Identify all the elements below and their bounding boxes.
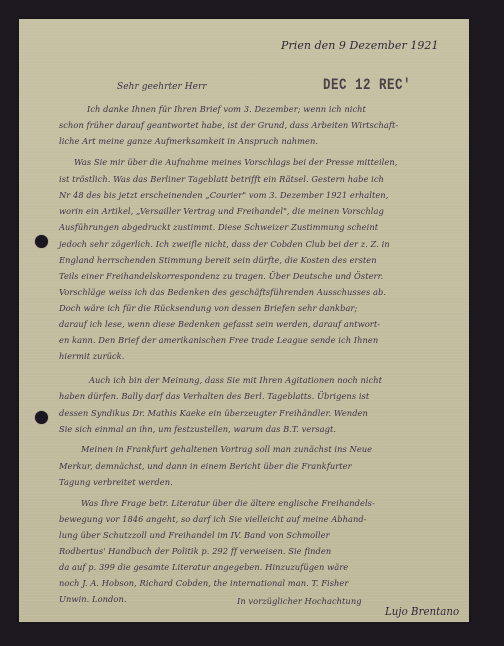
- letter-line: Nr 48 des bis jetzt erscheinenden „Couri…: [59, 190, 388, 200]
- letter-line: ist tröstlich. Was das Berliner Tageblat…: [59, 174, 384, 184]
- letter-line: Ausführungen abgedruckt zustimmt. Diese …: [59, 222, 378, 232]
- letter-line: en kann. Den Brief der amerikanischen Fr…: [59, 335, 378, 345]
- letter-line: Vorschläge weiss ich das Bedenken des ge…: [59, 287, 386, 297]
- letter-line: darauf ich lese, wenn diese Bedenken gef…: [59, 319, 380, 329]
- letter-line: Was Ihre Frage betr. Literatur über die …: [81, 498, 375, 508]
- letter-line: Merkur, demnächst, und dann in einem Ber…: [59, 461, 352, 471]
- letter-line: Meinen in Frankfurt gehaltenen Vortrag s…: [81, 444, 372, 454]
- letter-line: hiermit zurück.: [59, 351, 124, 361]
- punch-hole-bottom: [35, 411, 48, 424]
- letter-line: Tagung verbreitet werden.: [59, 477, 173, 487]
- letter-line: Ich danke Ihnen für Ihren Brief vom 3. D…: [87, 104, 366, 114]
- letter-line: dessen Syndikus Dr. Mathis Kaeke ein übe…: [59, 408, 368, 418]
- letter-line: da auf p. 399 die gesamte Literatur ange…: [59, 562, 348, 572]
- letter-line: haben dürfen. Bally darf das Verhalten d…: [59, 391, 369, 401]
- letter-line: liche Art meine ganze Aufmerksamkeit in …: [59, 136, 318, 146]
- dateline: Prien den 9 Dezember 1921: [281, 39, 439, 52]
- signature: Lujo Brentano: [385, 605, 459, 618]
- letter-page: Prien den 9 Dezember 1921 DEC 12 REC' Se…: [19, 19, 469, 622]
- letter-line: schon früher darauf geantwortet habe, is…: [59, 120, 398, 130]
- letter-line: England herrschenden Stimmung bereit sei…: [59, 255, 377, 265]
- letter-line: jedoch sehr zögerlich. Ich zweifle nicht…: [59, 239, 390, 249]
- letter-line: Auch ich bin der Meinung, dass Sie mit I…: [89, 375, 382, 385]
- letter-line: Was Sie mir über die Aufnahme meines Vor…: [74, 157, 397, 167]
- punch-hole-top: [35, 235, 48, 248]
- letter-line: worin ein Artikel, „Versailler Vertrag u…: [59, 206, 384, 216]
- salutation: Sehr geehrter Herr: [117, 82, 207, 92]
- letter-line: Teils einer Freihandelskorrespondenz zu …: [59, 271, 383, 281]
- letter-line: Unwin. London.: [59, 594, 127, 604]
- letter-line: lung über Schutzzoll und Freihandel im I…: [59, 530, 330, 540]
- letter-line: bewegung vor 1846 angeht, so darf ich Si…: [59, 514, 367, 524]
- letter-line: Doch wäre ich für die Rücksendung von de…: [59, 303, 357, 313]
- letter-line: Sie sich einmal an ihn, um festzustellen…: [59, 424, 336, 434]
- letter-line: noch J. A. Hobson, Richard Cobden, the i…: [59, 578, 348, 588]
- closing: In vorzüglicher Hochachtung: [237, 596, 362, 606]
- letter-line: Rodbertus' Handbuch der Politik p. 292 f…: [59, 546, 331, 556]
- received-stamp: DEC 12 REC': [323, 76, 411, 94]
